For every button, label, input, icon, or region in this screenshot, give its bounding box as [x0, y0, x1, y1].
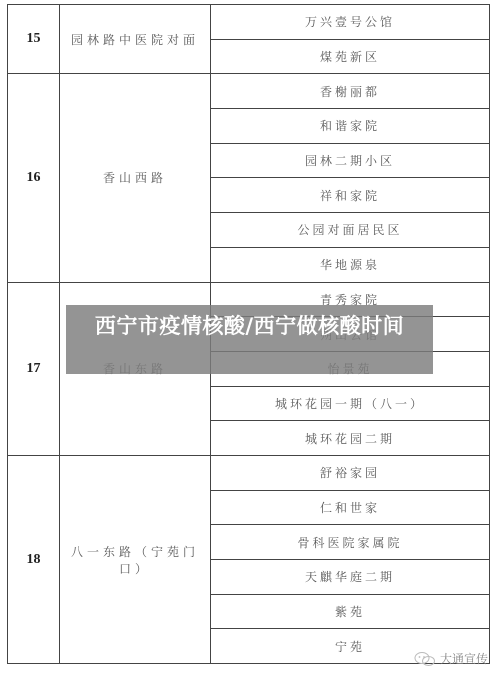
site-name: 煤苑新区 [211, 39, 490, 74]
site-name: 城环花园一期（八一） [211, 386, 490, 421]
table-row: 15 园林路中医院对面 万兴壹号公馆 [8, 5, 490, 40]
site-name: 骨科医院家属院 [211, 525, 490, 560]
site-name: 华地源泉 [211, 247, 490, 282]
row-number: 17 [8, 282, 60, 455]
site-name: 仁和世家 [211, 490, 490, 525]
article-title-banner: 西宁市疫情核酸/西宁做核酸时间 [66, 305, 433, 374]
article-title: 西宁市疫情核酸/西宁做核酸时间 [95, 314, 404, 338]
site-name: 和谐家院 [211, 109, 490, 144]
site-name: 天麒华庭二期 [211, 560, 490, 595]
site-name: 香榭丽都 [211, 74, 490, 109]
table-row: 16 香山西路 香榭丽都 [8, 74, 490, 109]
site-name: 园林二期小区 [211, 143, 490, 178]
site-name: 紫苑 [211, 594, 490, 629]
wechat-icon [414, 651, 436, 667]
site-name: 万兴壹号公馆 [211, 5, 490, 40]
row-number: 15 [8, 5, 60, 74]
row-number: 18 [8, 455, 60, 663]
road-name: 八一东路（宁苑门口） [60, 455, 211, 663]
row-number: 16 [8, 74, 60, 282]
table-row: 18 八一东路（宁苑门口） 舒裕家园 [8, 455, 490, 490]
watermark-text: 大通宣传 [440, 650, 488, 667]
site-name: 祥和家院 [211, 178, 490, 213]
site-name: 公园对面居民区 [211, 213, 490, 248]
road-name: 园林路中医院对面 [60, 5, 211, 74]
site-name: 城环花园二期 [211, 421, 490, 456]
watermark: 大通宣传 [414, 650, 488, 667]
site-name: 舒裕家园 [211, 455, 490, 490]
road-name: 香山西路 [60, 74, 211, 282]
